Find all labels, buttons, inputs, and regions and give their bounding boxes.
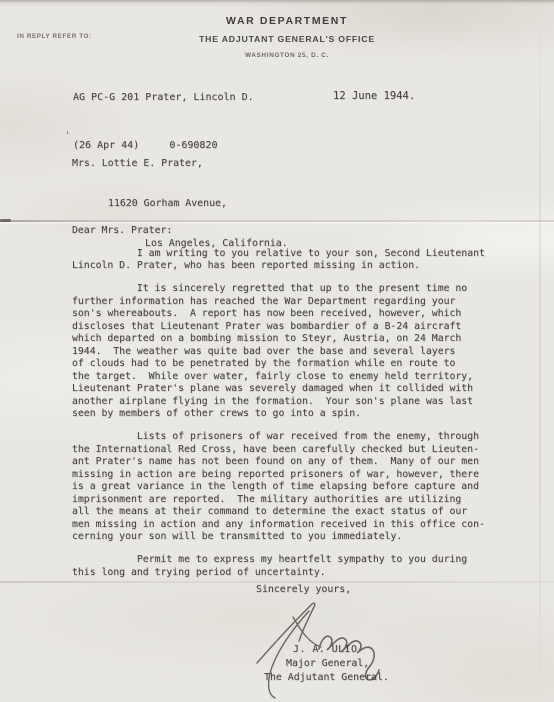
signatory-name: J. A. ULIO	[293, 644, 357, 655]
scanned-letter-page: IN REPLY REFER TO: WAR DEPARTMENT THE AD…	[0, 0, 554, 702]
paper-crease-right	[539, 0, 541, 702]
recipient-street: 11620 Gorham Avenue,	[108, 197, 288, 210]
recipient-name: Mrs. Lottie E. Prater,	[72, 157, 288, 170]
paragraph-2: It is sincerely regretted that up to the…	[72, 283, 524, 421]
letter-date: 12 June 1944.	[333, 90, 415, 102]
letterhead-office: THE ADJUTANT GENERAL'S OFFICE	[10, 34, 554, 44]
closing: Sincerely yours,	[256, 584, 351, 595]
signatory-office: The Adjutant General.	[264, 672, 389, 683]
stray-pen-mark: '	[65, 131, 70, 141]
paragraph-3: Lists of prisoners of war received from …	[72, 431, 524, 544]
paper-fold-line-lower	[0, 581, 554, 583]
file-reference-line1: AG PC-G 201 Prater, Lincoln D.	[73, 90, 254, 106]
signatory-rank: Major General,	[286, 658, 369, 669]
letter-body: Dear Mrs. Prater: I am writing to you re…	[72, 225, 524, 590]
scan-top-edge	[0, 0, 554, 7]
fold-edge-mark	[0, 219, 11, 222]
letterhead-department: WAR DEPARTMENT	[10, 15, 554, 27]
paragraph-4: Permit me to express my heartfelt sympat…	[72, 554, 524, 579]
salutation: Dear Mrs. Prater:	[72, 225, 524, 238]
paragraph-1: I am writing to you relative to your son…	[72, 248, 524, 273]
